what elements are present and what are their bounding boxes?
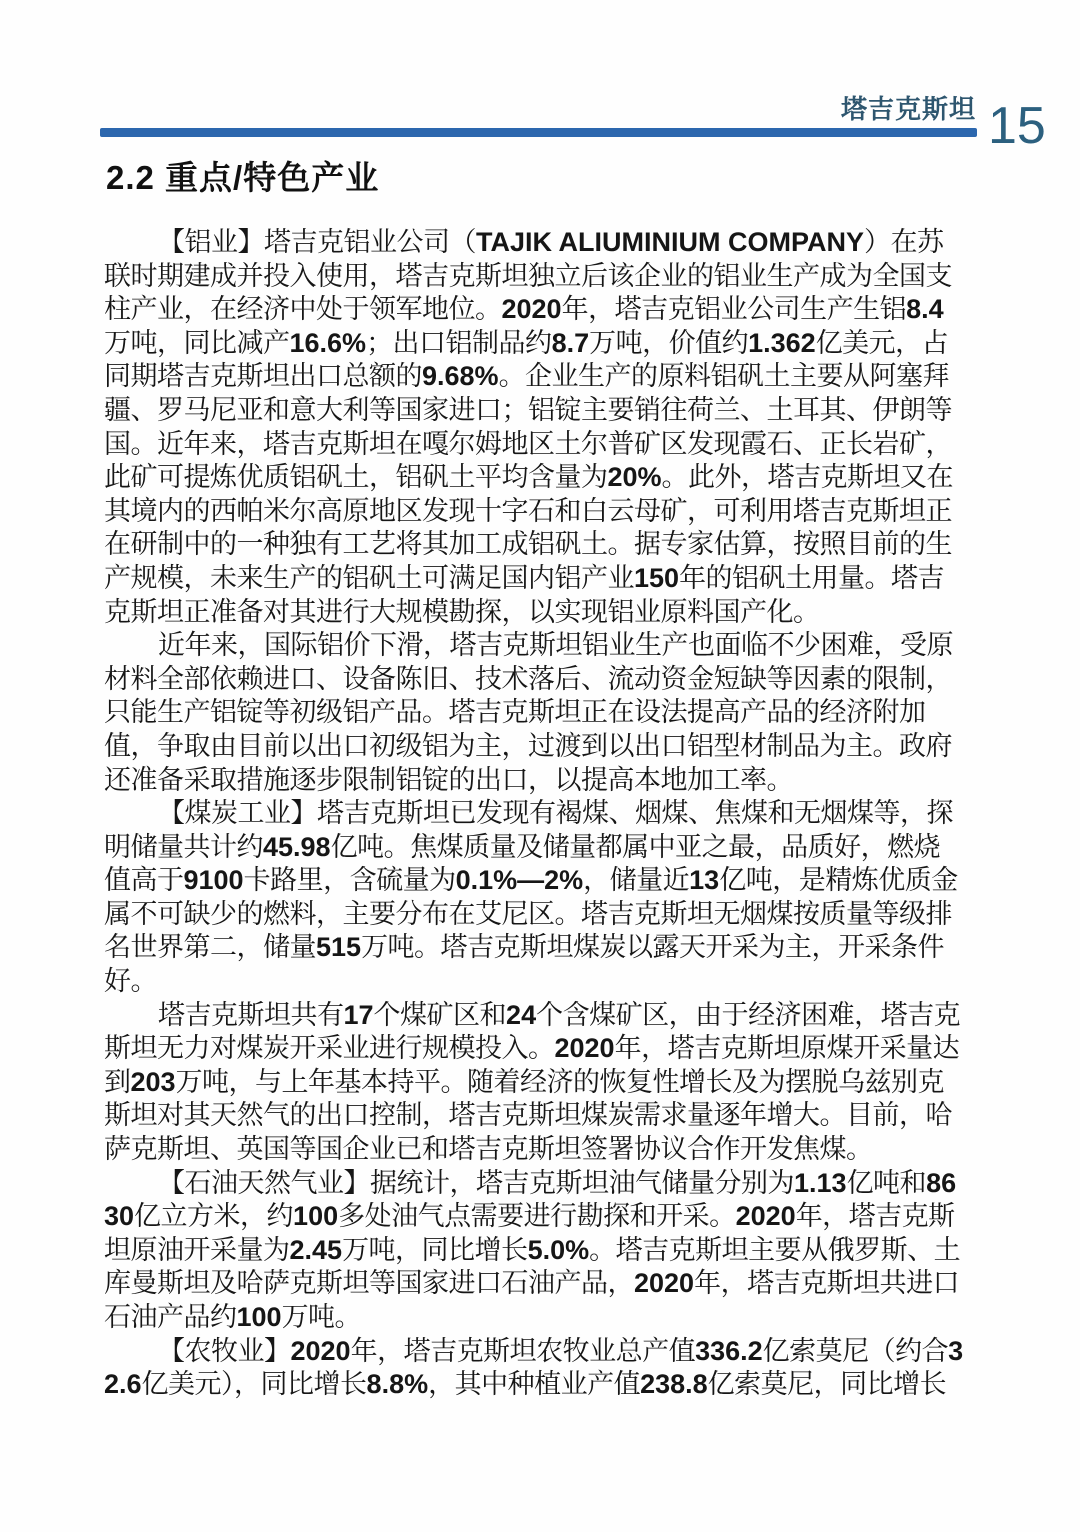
numeric-text: 24 [506,1000,536,1030]
text-line: 【石油天然气业】据统计，塔吉克斯坦油气储量分别为1.13亿吨和86 [104,1167,982,1201]
text-line: 近年来，国际铝价下滑，塔吉克斯坦铝业生产也面临不少困难，受原 [104,629,982,663]
header-country-label: 塔吉克斯坦 [841,94,976,124]
numeric-text: 515 [316,932,361,962]
numeric-text: 9.68% [422,361,499,391]
text-line: 石油产品约100万吨。 [104,1301,982,1335]
text-line: 只能生产铝锭等初级铝产品。塔吉克斯坦正在设法提高产品的经济附加 [104,696,982,730]
numeric-text: 17 [344,1000,374,1030]
text-line: 到203万吨，与上年基本持平。随着经济的恢复性增长及为摆脱乌兹别克 [104,1066,982,1100]
numeric-text: 203 [131,1067,176,1097]
text-line: 塔吉克斯坦共有17个煤矿区和24个含煤矿区，由于经济困难，塔吉克 [104,999,982,1033]
text-line: 30亿立方米，约100多处油气点需要进行勘探和开采。2020年，塔吉克斯 [104,1200,982,1234]
text-line: 还准备采取措施逐步限制铝锭的出口，以提高本地加工率。 [104,764,982,798]
numeric-text: 20% [608,462,662,492]
text-line: 【煤炭工业】塔吉克斯坦已发现有褐煤、烟煤、焦煤和无烟煤等，探 [104,797,982,831]
numeric-text: 3 [948,1336,963,1366]
text-line: 柱产业，在经济中处于领军地位。2020年，塔吉克铝业公司生产生铝8.4 [104,293,982,327]
text-line: 斯坦对其天然气的出口控制，塔吉克斯坦煤炭需求量逐年增大。目前，哈 [104,1099,982,1133]
numeric-text: 0.1%—2% [456,865,584,895]
text-line: 明储量共计约45.98亿吨。焦煤质量及储量都属中亚之最，品质好，燃烧 [104,831,982,865]
numeric-text: 2020 [634,1268,694,1298]
text-line: 好。 [104,965,982,999]
text-line: 疆、罗马尼亚和意大利等国家进口；铝锭主要销往荷兰、土耳其、伊朗等 [104,394,982,428]
numeric-text: 13 [689,865,719,895]
numeric-text: 2020 [502,294,562,324]
text-line: 【农牧业】2020年，塔吉克斯坦农牧业总产值336.2亿索莫尼（约合3 [104,1335,982,1369]
numeric-text: 30 [104,1201,134,1231]
text-line: 联时期建成并投入使用，塔吉克斯坦独立后该企业的铝业生产成为全国支 [104,260,982,294]
text-line: 萨克斯坦、英国等国企业已和塔吉克斯坦签署协议合作开发焦煤。 [104,1133,982,1167]
text-line: 此矿可提炼优质铝矾土，铝矾土平均含量为20%。此外，塔吉克斯坦又在 [104,461,982,495]
numeric-text: 2.6 [104,1369,142,1399]
text-line: 库曼斯坦及哈萨克斯坦等国家进口石油产品，2020年，塔吉克斯坦共进口 [104,1267,982,1301]
numeric-text: 8.7 [552,328,590,358]
numeric-text: 1.13 [794,1168,847,1198]
text-line: 值高于9100卡路里，含硫量为0.1%—2%，储量近13亿吨，是精炼优质金 [104,864,982,898]
text-line: 产规模，未来生产的铝矾土可满足国内铝产业150年的铝矾土用量。塔吉 [104,562,982,596]
text-line: 【铝业】塔吉克铝业公司（TAJIK ALIUMINIUM COMPANY）在苏 [104,226,982,260]
numeric-text: 5.0% [528,1235,590,1265]
text-line: 国。近年来，塔吉克斯坦在嘎尔姆地区土尔普矿区发现霞石、正长岩矿， [104,428,982,462]
numeric-text: 100 [293,1201,338,1231]
text-line: 名世界第二，储量515万吨。塔吉克斯坦煤炭以露天开采为主，开采条件 [104,931,982,965]
numeric-text: 150 [634,563,679,593]
numeric-text: 45.98 [263,832,331,862]
section-title: 2.2 重点/特色产业 [106,154,379,202]
numeric-text: TAJIK ALIUMINIUM COMPANY [476,227,864,257]
numeric-text: 238.8 [640,1369,708,1399]
text-line: 材料全部依赖进口、设备陈旧、技术落后、流动资金短缺等因素的限制， [104,663,982,697]
body-text: 【铝业】塔吉克铝业公司（TAJIK ALIUMINIUM COMPANY）在苏联… [104,226,982,1402]
numeric-text: 2020 [736,1201,796,1231]
text-line: 斯坦无力对煤炭开采业进行规模投入。2020年，塔吉克斯坦原煤开采量达 [104,1032,982,1066]
numeric-text: 2020 [555,1033,615,1063]
text-line: 2.6亿美元），同比增长8.8%，其中种植业产值238.8亿索莫尼，同比增长 [104,1368,982,1402]
header-rule [100,128,977,137]
text-line: 在研制中的一种独有工艺将其加工成铝矾土。据专家估算，按照目前的生 [104,528,982,562]
numeric-text: 2.45 [290,1235,343,1265]
numeric-text: 8.8% [367,1369,429,1399]
numeric-text: 1.362 [748,328,816,358]
text-line: 属不可缺少的燃料，主要分布在艾尼区。塔吉克斯坦无烟煤按质量等级排 [104,898,982,932]
numeric-text: 8.4 [906,294,944,324]
numeric-text: 86 [926,1168,956,1198]
text-line: 克斯坦正准备对其进行大规模勘探，以实现铝业原料国产化。 [104,596,982,630]
text-line: 万吨，同比减产16.6%；出口铝制品约8.7万吨，价值约1.362亿美元，占 [104,327,982,361]
page-number: 15 [988,98,1046,154]
numeric-text: 9100 [184,865,244,895]
text-line: 其境内的西帕米尔高原地区发现十字石和白云母矿，可利用塔吉克斯坦正 [104,495,982,529]
text-line: 坦原油开采量为2.45万吨，同比增长5.0%。塔吉克斯坦主要从俄罗斯、土 [104,1234,982,1268]
document-page: 塔吉克斯坦 15 2.2 重点/特色产业 【铝业】塔吉克铝业公司（TAJIK A… [0,0,1080,1532]
text-line: 值，争取由目前以出口初级铝为主，过渡到以出口铝型材制品为主。政府 [104,730,982,764]
numeric-text: 16.6% [290,328,367,358]
text-line: 同期塔吉克斯坦出口总额的9.68%。企业生产的原料铝矾土主要从阿塞拜 [104,360,982,394]
numeric-text: 100 [237,1302,282,1332]
numeric-text: 336.2 [695,1336,763,1366]
numeric-text: 2020 [291,1336,351,1366]
